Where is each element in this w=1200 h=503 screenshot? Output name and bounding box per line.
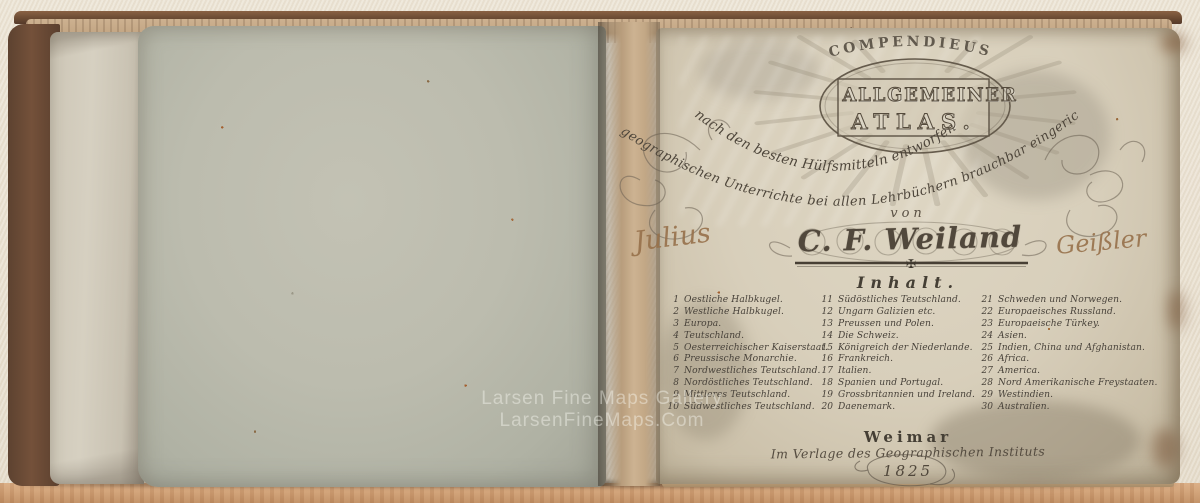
contents-item: 23Europaeische Türkey.: [978, 318, 1160, 330]
contents-item-number: 2: [664, 307, 679, 317]
contents-item: 12Ungarn Galizien etc.: [818, 306, 976, 318]
contents-item-number: 24: [978, 331, 993, 341]
contents-item-label: Teutschland.: [684, 330, 744, 341]
contents-item-number: 19: [818, 390, 833, 400]
contents-item-label: Westindien.: [998, 389, 1053, 400]
contents-item-number: 25: [978, 343, 993, 353]
contents-item: 15Königreich der Niederlande.: [818, 342, 976, 354]
contents-item-label: Grossbritannien und Ireland.: [838, 389, 975, 400]
contents-item-label: Nordöstliches Teutschland.: [684, 377, 813, 388]
contents-item: 20Daenemark.: [818, 401, 976, 413]
byline: von: [808, 206, 1008, 221]
contents-item-number: 13: [818, 319, 833, 329]
contents-item-label: Australien.: [998, 401, 1050, 412]
contents-item-label: Indien, China und Afghanistan.: [998, 342, 1145, 353]
contents-item-number: 12: [818, 307, 833, 317]
contents-item-label: Europaeisches Russland.: [998, 306, 1116, 317]
contents-item-label: Nordwestliches Teutschland.: [684, 365, 821, 376]
contents-item-label: Preussische Monarchie.: [684, 353, 797, 364]
contents-item-label: Daenemark.: [838, 401, 895, 412]
contents-item-number: 16: [818, 354, 833, 364]
contents-item: 28Nord Amerikanische Freystaaten.: [978, 377, 1160, 389]
contents-item-label: America.: [998, 365, 1040, 376]
contents-item: 29Westindien.: [978, 389, 1160, 401]
contents-item-number: 22: [978, 307, 993, 317]
contents-item-label: Schweden und Norwegen.: [998, 294, 1122, 305]
contents-item: 4Teutschland.: [664, 330, 816, 342]
contents-item: 5Oesterreichischer Kaiserstaat.: [664, 342, 816, 354]
contents-item-number: 21: [978, 295, 993, 305]
contents-item-label: Europaeische Türkey.: [998, 318, 1100, 329]
imprint-publisher: Im Verlage des Geographischen Instituts: [758, 443, 1058, 461]
contents-item-number: 23: [978, 319, 993, 329]
contents-item-number: 30: [978, 402, 993, 412]
watermark: Larsen Fine Maps Gallery LarsenFineMaps.…: [452, 388, 752, 432]
contents-item-number: 1: [664, 295, 679, 305]
contents-item-number: 3: [664, 319, 679, 329]
contents-item-label: Nord Amerikanische Freystaaten.: [998, 377, 1157, 388]
contents-item: 22Europaeisches Russland.: [978, 306, 1160, 318]
title-line1: ALLGEMEINER: [843, 84, 986, 106]
contents-item-label: Südöstliches Teutschland.: [838, 294, 961, 305]
contents-item: 14Die Schweiz.: [818, 330, 976, 342]
contents-item: 2Westliche Halbkugel.: [664, 306, 816, 318]
contents-item-number: 14: [818, 331, 833, 341]
contents-item: 3Europa.: [664, 318, 816, 330]
contents-item: 30Australien.: [978, 401, 1160, 413]
edge-discoloration: [1152, 428, 1178, 468]
torn-endpaper-strip: [50, 32, 144, 484]
contents-item-number: 26: [978, 354, 993, 364]
contents-item-label: Asien.: [998, 330, 1027, 341]
contents-item-number: 29: [978, 390, 993, 400]
contents-item-label: Italien.: [838, 365, 871, 376]
contents-item: 21Schweden und Norwegen.: [978, 294, 1160, 306]
contents-item-number: 5: [664, 343, 679, 353]
contents-item-number: 7: [664, 366, 679, 376]
contents-item: 26Africa.: [978, 353, 1160, 365]
contents-item-label: Königreich der Niederlande.: [838, 342, 973, 353]
contents-item: 19Grossbritannien und Ireland.: [818, 389, 976, 401]
contents-item-number: 6: [664, 354, 679, 364]
contents-item: 18Spanien und Portugal.: [818, 377, 976, 389]
imprint-year: 1825: [858, 462, 958, 480]
contents-item-label: Ungarn Galizien etc.: [838, 306, 935, 317]
contents-item: 11Südöstliches Teutschland.: [818, 294, 976, 306]
contents-heading: Inhalt.: [808, 273, 1008, 292]
contents-item-label: Die Schweiz.: [838, 330, 899, 341]
contents-item-number: 4: [664, 331, 679, 341]
contents-item: 16Frankreich.: [818, 353, 976, 365]
watermark-line1: Larsen Fine Maps Gallery: [452, 388, 752, 410]
contents-item: 24Asien.: [978, 330, 1160, 342]
contents-item-label: Spanien und Portugal.: [838, 377, 943, 388]
contents-item-label: Frankreich.: [838, 353, 893, 364]
edge-discoloration: [1168, 290, 1184, 330]
contents-item-number: 28: [978, 378, 993, 388]
contents-column-3: 21Schweden und Norwegen.22Europaeisches …: [978, 294, 1160, 413]
cross-ornament-icon: ✠: [896, 257, 926, 271]
title-line2: ATLAS.: [838, 109, 990, 134]
contents-item-number: 11: [818, 295, 833, 305]
contents-item-number: 27: [978, 366, 993, 376]
contents-column-2: 11Südöstliches Teutschland.12Ungarn Gali…: [818, 294, 976, 413]
contents-item: 25Indien, China und Afghanistan.: [978, 342, 1160, 354]
contents-item: 13Preussen und Polen.: [818, 318, 976, 330]
contents-item-label: Oesterreichischer Kaiserstaat.: [684, 342, 828, 353]
contents-item: 1Oestliche Halbkugel.: [664, 294, 816, 306]
contents-item: 7Nordwestliches Teutschland.: [664, 365, 816, 377]
contents-item-number: 20: [818, 402, 833, 412]
contents-item-label: Oestliche Halbkugel.: [684, 294, 783, 305]
contents-item-label: Preussen und Polen.: [838, 318, 934, 329]
photo-antique-atlas-title-page: { "watermark": { "line1": "Larsen Fine M…: [0, 0, 1200, 503]
edge-discoloration: [1160, 34, 1186, 52]
contents-item: 17Italien.: [818, 365, 976, 377]
contents-item-number: 18: [818, 378, 833, 388]
contents-item-label: Westliche Halbkugel.: [684, 306, 784, 317]
contents-item-number: 8: [664, 378, 679, 388]
contents-item-number: 15: [818, 343, 833, 353]
contents-item-label: Europa.: [684, 318, 721, 329]
watermark-line2: LarsenFineMaps.Com: [452, 410, 752, 432]
contents-item: 6Preussische Monarchie.: [664, 353, 816, 365]
contents-item-number: 17: [818, 366, 833, 376]
contents-item-label: Africa.: [998, 353, 1029, 364]
contents-item: 27America.: [978, 365, 1160, 377]
author-signature: C. F. Weiland: [760, 219, 1061, 259]
